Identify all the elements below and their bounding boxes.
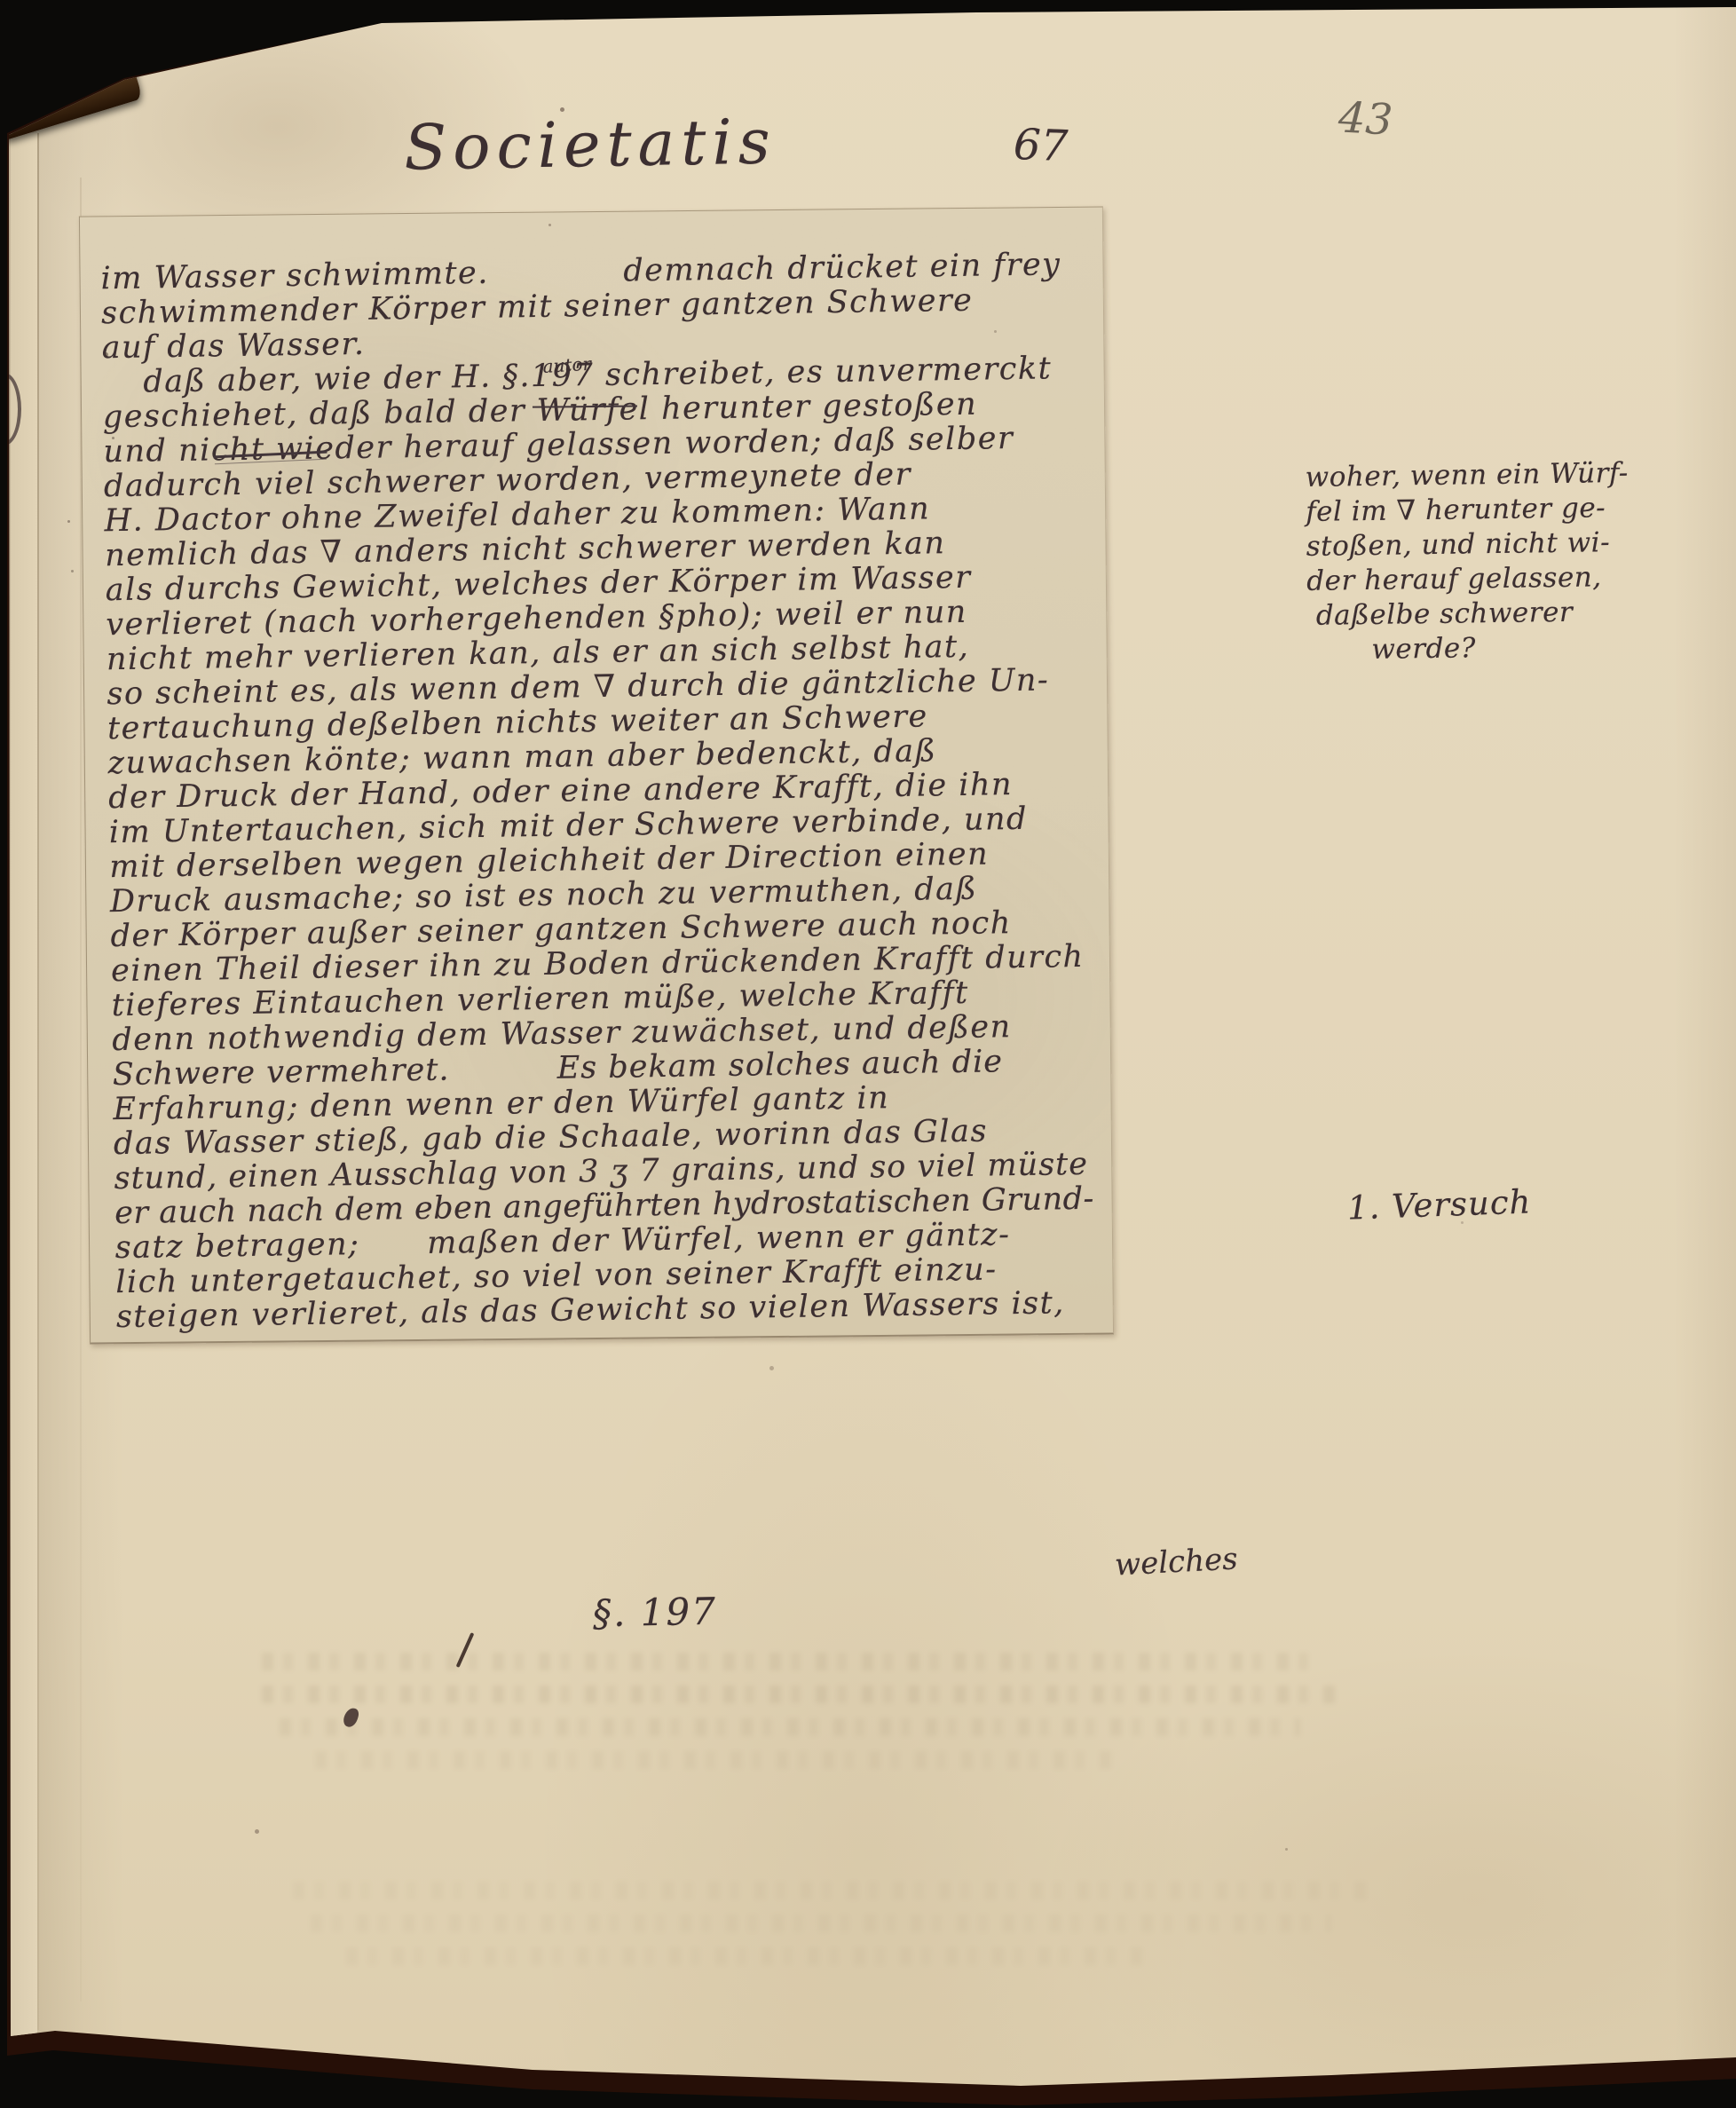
interline-annotation: autor bbox=[542, 353, 592, 377]
margin-note-question: woher, wenn ein Würf-fel im ∇ herunter g… bbox=[1305, 455, 1680, 668]
manuscript-scan: Societatis 67 43 im Wasser schwimmte. de… bbox=[0, 0, 1736, 2108]
pasted-manuscript-slip: im Wasser schwimmte. demnach drücket ein… bbox=[79, 206, 1114, 1344]
verso-bleed-through bbox=[293, 1882, 1314, 1980]
margin-note-line: werde? bbox=[1307, 628, 1681, 668]
margin-note-line: woher, wenn ein Würf- bbox=[1305, 455, 1678, 495]
book-page: Societatis 67 43 im Wasser schwimmte. de… bbox=[0, 0, 1736, 2108]
margin-note-line: daßelbe schwerer bbox=[1307, 594, 1681, 634]
gutter-crease bbox=[37, 133, 39, 2030]
margin-note-line: stoßen, und nicht wi- bbox=[1306, 525, 1679, 565]
main-text-block: im Wasser schwimmte. demnach drücket ein… bbox=[100, 248, 1103, 1335]
catchword: welches bbox=[1114, 1541, 1239, 1583]
verso-bleed-through bbox=[262, 1653, 1362, 1784]
section-mark: §. 197 bbox=[593, 1590, 718, 1635]
margin-note-line: der herauf gelassen, bbox=[1306, 559, 1680, 599]
page-title: Societatis bbox=[336, 104, 843, 186]
margin-note-experiment: 1. Versuch bbox=[1346, 1182, 1532, 1227]
folio-number-ink: 67 bbox=[1013, 120, 1069, 171]
margin-note-line: fel im ∇ herunter ge- bbox=[1306, 490, 1679, 530]
paper-specks bbox=[0, 0, 3, 3]
folio-number-pencil: 43 bbox=[1338, 92, 1394, 145]
